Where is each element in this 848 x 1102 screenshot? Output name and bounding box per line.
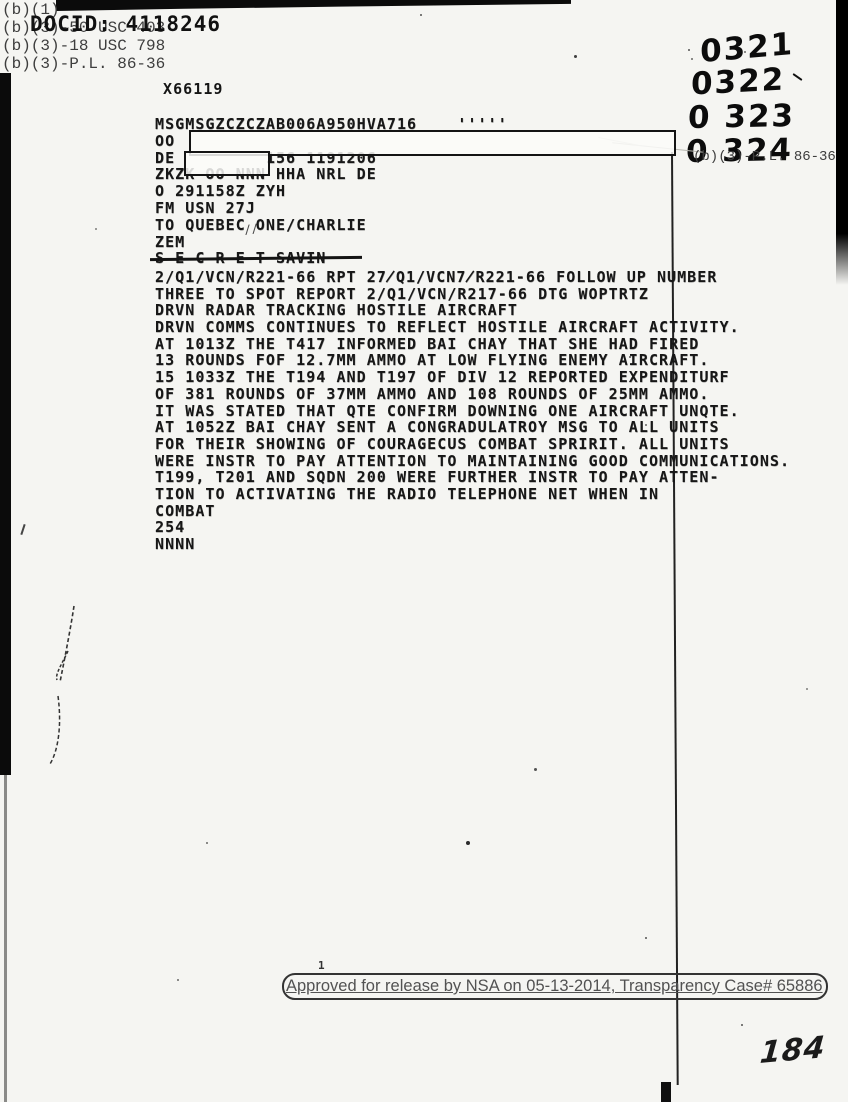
speck — [629, 356, 631, 358]
message-body-line: COMBAT — [155, 503, 790, 520]
message-body-line: 13 ROUNDS FOF 12.7MM AMMO AT LOW FLYING … — [155, 352, 790, 369]
message-body-line: DRVN COMMS CONTINUES TO REFLECT HOSTILE … — [155, 319, 790, 336]
message-body-line: AT 1013Z THE T417 INFORMED BAI CHAY THAT… — [155, 336, 790, 353]
exemption-code-line: (b)(3)-18 USC 798 — [2, 37, 165, 55]
speck — [466, 841, 470, 845]
message-body-line: THREE TO SPOT REPORT 2/Q1/VCN/R217-66 DT… — [155, 286, 790, 303]
message-body-line: 2/Q1/VCN/R221-66 RPT 27̸Q1/VCN7̸R221-66 … — [155, 269, 790, 286]
redaction-box — [184, 151, 270, 176]
handwritten-margin-mark — [46, 596, 82, 772]
message-body-line: NNNN — [155, 536, 790, 553]
message-body-line: T199, T201 AND SQDN 200 WERE FURTHER INS… — [155, 469, 790, 486]
message-body-line: DRVN RADAR TRACKING HOSTILE AIRCRAFT — [155, 302, 790, 319]
speck — [206, 842, 208, 844]
handwritten-page-number: 0322 — [691, 61, 786, 102]
message-body-line: WERE INSTR TO PAY ATTENTION TO MAINTAINI… — [155, 453, 790, 470]
scan-artifact-right-strip — [836, 0, 848, 285]
scan-slash-marks: ∕∕ — [243, 221, 259, 237]
speck — [574, 55, 577, 58]
message-body-line: 15 1033Z THE T194 AND T197 OF DIV 12 REP… — [155, 369, 790, 386]
message-body-line: OF 381 ROUNDS OF 37MM AMMO AND 108 ROUND… — [155, 386, 790, 403]
speck — [741, 1024, 743, 1026]
speck — [177, 979, 179, 981]
handwritten-folio-number: 184 — [759, 1030, 827, 1071]
stamp-superscript: 1 — [318, 959, 325, 972]
message-body-line: AT 1052Z BAI CHAY SENT A CONGRADULATROY … — [155, 419, 790, 436]
handwritten-tick-mark — [792, 73, 802, 81]
message-body-line: 254 — [155, 519, 790, 536]
speck — [420, 14, 422, 16]
message-header-line: ZEM — [155, 234, 508, 251]
message-body-block: 2/Q1/VCN/R221-66 RPT 27̸Q1/VCN7̸R221-66 … — [155, 269, 790, 553]
message-body-line: TION TO ACTIVATING THE RADIO TELEPHONE N… — [155, 486, 790, 503]
speck — [95, 228, 97, 230]
handwritten-page-number: 0 323 — [687, 98, 795, 136]
speck — [806, 688, 808, 690]
message-body-line: FOR THEIR SHOWING OF COURAGECUS COMBAT S… — [155, 436, 790, 453]
exemption-note-right: (b)(3)-P.L. 86-36 — [693, 149, 836, 165]
docid-label: DOCID: 4118246 — [30, 12, 221, 36]
scanned-document-page: (b)(1)(b)(3)-50 USC 403(b)(3)-18 USC 798… — [0, 0, 848, 1102]
speck — [744, 51, 746, 53]
message-body-line: IT WAS STATED THAT QTE CONFIRM DOWNING O… — [155, 403, 790, 420]
speck — [691, 58, 693, 60]
message-header-line: O 291158Z ZYH — [155, 183, 508, 200]
page-fold-end-mark — [661, 1082, 671, 1102]
speck — [688, 49, 690, 51]
message-header-line: TO QUEBEC ONE/CHARLIE — [155, 217, 508, 234]
speck — [645, 424, 647, 426]
speck — [534, 768, 537, 771]
scan-slash-mark — [20, 524, 25, 535]
release-approval-stamp: Approved for release by NSA on 05-13-201… — [282, 973, 828, 1000]
exemption-code-line: (b)(3)-P.L. 86-36 — [2, 55, 165, 73]
speck — [645, 937, 647, 939]
scan-artifact-left-line — [4, 775, 7, 1102]
release-approval-text: Approved for release by NSA on 05-13-201… — [284, 975, 826, 997]
reference-number: X66119 — [163, 80, 224, 98]
scan-artifact-left-bar — [0, 73, 11, 775]
message-header-line: FM USN 27J — [155, 200, 508, 217]
